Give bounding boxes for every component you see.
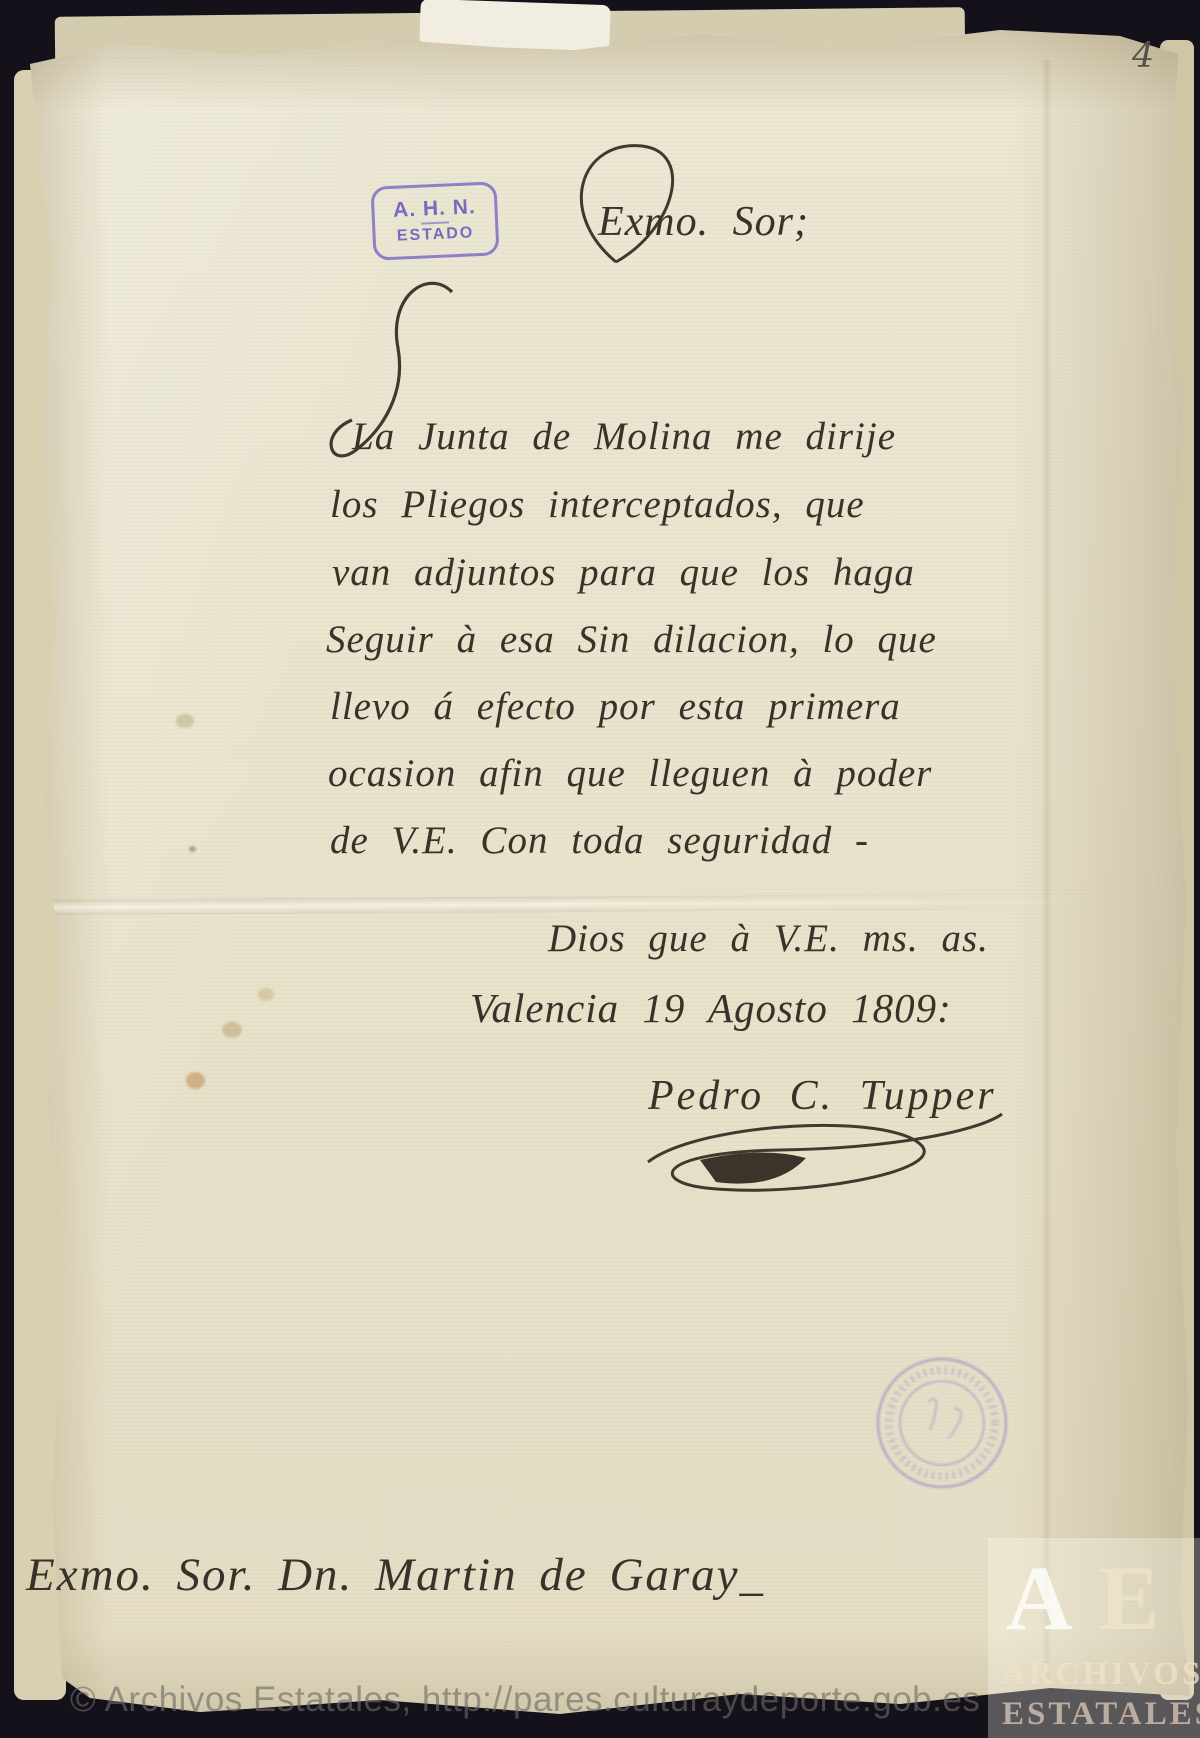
vertical-fold-crease	[1042, 60, 1052, 1680]
signature-name: Pedro C. Tupper	[648, 1072, 997, 1120]
ahn-stamp-line2: ESTADO	[396, 224, 474, 245]
folio-number: 4	[1132, 36, 1155, 76]
foxing-spot	[258, 988, 274, 1001]
ahn-stamp-rule	[421, 221, 449, 224]
copyright-watermark: © Archivos Estatales, http://pares.cultu…	[70, 1680, 980, 1720]
paper-edge-shading-right	[1010, 0, 1200, 1738]
letter-body-line: van adjuntos para que los haga	[332, 550, 915, 595]
letter-place-date: Valencia 19 Agosto 1809:	[470, 984, 952, 1032]
archivos-estatales-logo-watermark: A E ARCHIVOS ESTATALES	[988, 1538, 1200, 1738]
letter-body-line: ocasion afin que lleguen à poder	[328, 751, 932, 796]
ae-caption-estatales: ESTATALES	[1002, 1696, 1200, 1733]
ae-monogram-letter-a: A	[1006, 1552, 1072, 1644]
letter-salutation: Exmo. Sor;	[598, 198, 809, 246]
foxing-spot	[222, 1022, 242, 1038]
letter-body-line: Seguir à esa Sin dilacion, lo que	[326, 617, 937, 662]
letter-paper	[0, 0, 1200, 1738]
foxing-spot	[176, 714, 194, 728]
letter-body-line: La Junta de Molina me dirije	[352, 414, 896, 459]
ae-caption-archivos: ARCHIVOS	[1002, 1656, 1200, 1693]
letter-addressee: Exmo. Sor. Dn. Martin de Garay_	[26, 1548, 765, 1602]
foxing-spot	[189, 846, 196, 852]
letter-body-line: llevo á efecto por esta primera	[330, 684, 901, 729]
scanned-manuscript-page: A. H. N. ESTADO 4 Exmo. Sor; La Junta de…	[0, 0, 1200, 1738]
letter-body-line: los Pliegos interceptados, que	[330, 482, 865, 527]
foxing-spot	[186, 1072, 205, 1089]
ahn-stamp-line1: A. H. N.	[393, 197, 477, 223]
letter-closing-formula: Dios gue à V.E. ms. as.	[548, 916, 989, 961]
ahn-estado-stamp: A. H. N. ESTADO	[370, 181, 499, 260]
ae-monogram-letter-e: E	[1098, 1552, 1159, 1644]
ae-monogram: A E	[1006, 1552, 1186, 1644]
letter-body-line: de V.E. Con toda seguridad -	[330, 818, 869, 863]
